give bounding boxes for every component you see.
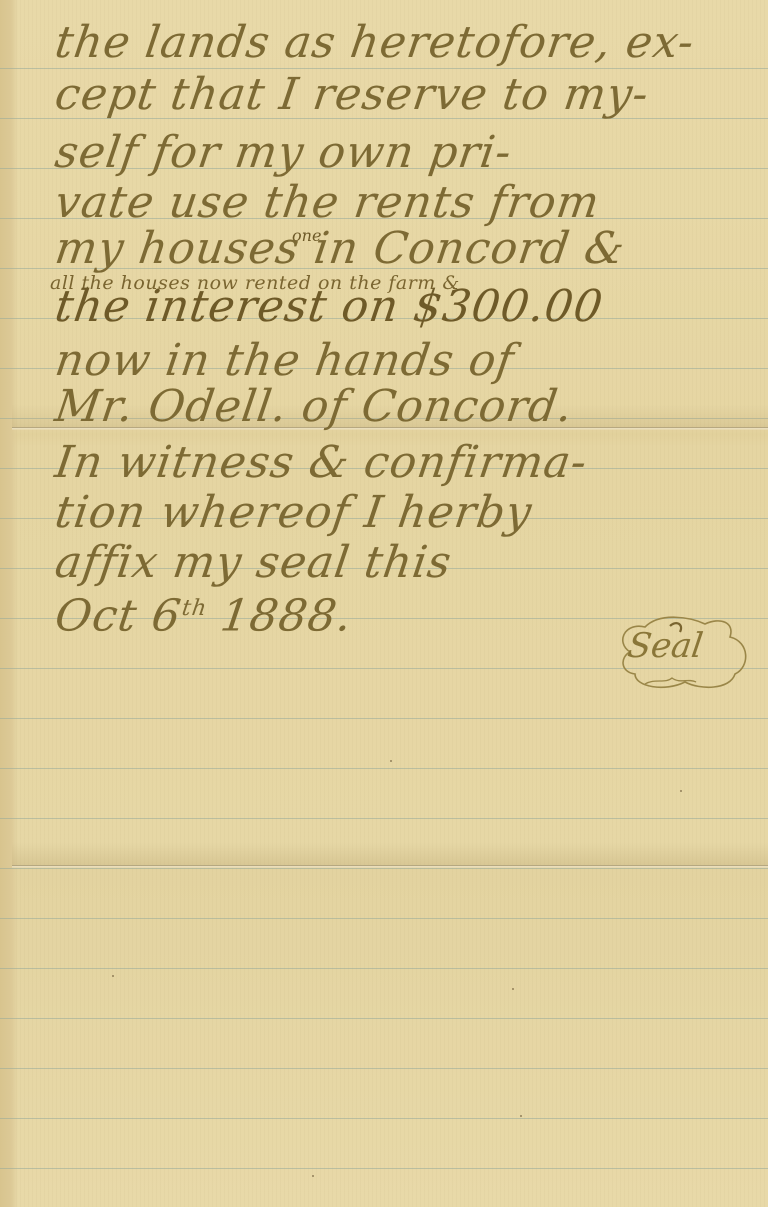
handwritten-line: In witness & confirma- bbox=[52, 438, 591, 488]
handwritten-line: tion whereof I herby bbox=[52, 488, 535, 538]
handwritten-line: Mr. Odell. of Concord. bbox=[52, 382, 576, 432]
ruled-line bbox=[0, 768, 768, 769]
letter-page: the lands as heretofore, ex- cept that I… bbox=[0, 0, 768, 1207]
paper-speck bbox=[112, 975, 114, 977]
handwritten-line: my houses in Concord & bbox=[52, 224, 628, 274]
handwritten-line: vate use the rents from bbox=[52, 178, 603, 228]
paper-speck bbox=[390, 760, 392, 762]
ruled-line bbox=[0, 1118, 768, 1119]
ruled-line bbox=[0, 818, 768, 819]
paper-speck bbox=[312, 1175, 314, 1177]
fold-shadow bbox=[12, 842, 768, 866]
ruled-line bbox=[0, 1018, 768, 1019]
date-year: 1888. bbox=[217, 591, 355, 642]
handwritten-line: now in the hands of bbox=[52, 336, 517, 386]
handwritten-line: the lands as heretofore, ex- bbox=[52, 18, 698, 68]
date-month: Oct bbox=[52, 591, 141, 642]
ruled-line bbox=[0, 868, 768, 869]
ruled-line bbox=[0, 918, 768, 919]
handwritten-line: cept that I reserve to my- bbox=[52, 70, 652, 120]
handwritten-line: affix my seal this bbox=[52, 538, 455, 588]
date-day: 6 bbox=[148, 591, 184, 642]
date-day-suffix: th bbox=[180, 596, 209, 621]
seal-scroll: Seal bbox=[610, 612, 760, 692]
paper-speck bbox=[680, 790, 682, 792]
date-line: Oct 6th 1888. bbox=[52, 584, 356, 642]
ruled-line bbox=[0, 718, 768, 719]
seal-label: Seal bbox=[625, 626, 705, 666]
fold-crease bbox=[12, 865, 768, 868]
paper-speck bbox=[520, 1115, 522, 1117]
handwritten-line: the interest on $300.00 bbox=[52, 282, 606, 332]
paper-left-edge bbox=[0, 0, 18, 1207]
ruled-line bbox=[0, 1068, 768, 1069]
ruled-line bbox=[0, 968, 768, 969]
handwritten-line: self for my own pri- bbox=[52, 128, 515, 178]
ruled-line bbox=[0, 1168, 768, 1169]
paper-speck bbox=[512, 988, 514, 990]
